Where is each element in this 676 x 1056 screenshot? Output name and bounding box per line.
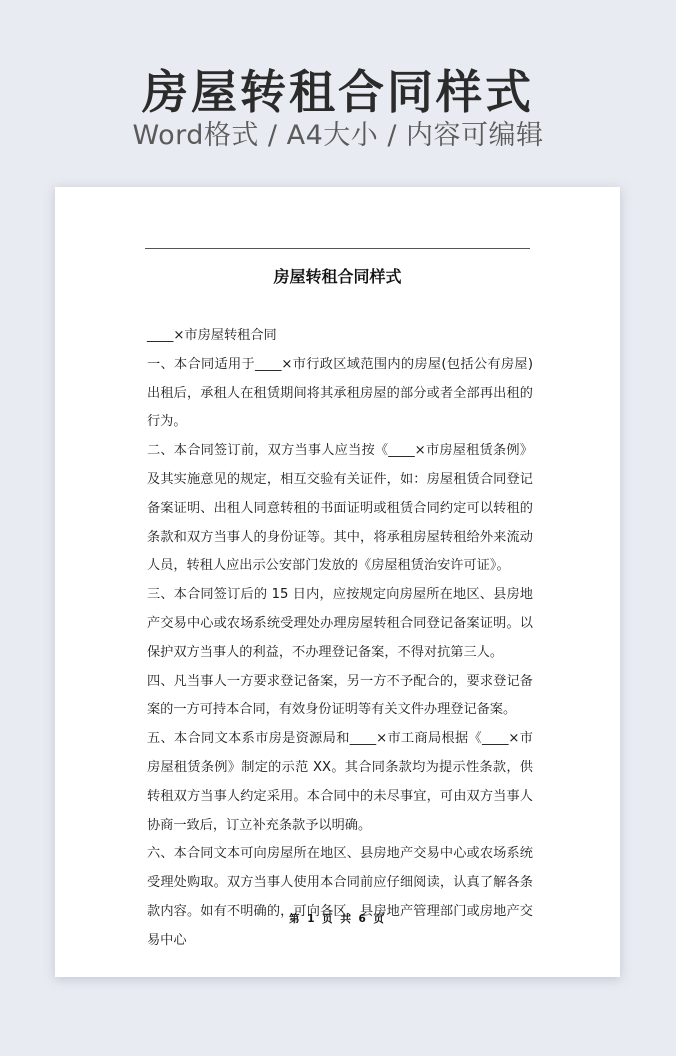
paragraph-clause-4: 四、凡当事人一方要求登记备案，另一方不予配合的，要求登记备案的一方可持本合同，有… xyxy=(147,668,533,726)
paragraph-clause-2: 二、本合同签订前，双方当事人应当按《____×市房屋租赁条例》及其实施意见的规定… xyxy=(147,437,533,581)
page-number-footer: 第 1 页 共 6 页 xyxy=(55,911,620,926)
document-body: ____×市房屋转租合同 一、本合同适用于____×市行政区域范围内的房屋(包括… xyxy=(147,322,533,956)
paragraph-clause-1: 一、本合同适用于____×市行政区域范围内的房屋(包括公有房屋)出租后，承租人在… xyxy=(147,351,533,437)
paragraph-clause-6: 六、本合同文本可向房屋所在地区、县房地产交易中心或农场系统受理处购取。双方当事人… xyxy=(147,840,533,955)
banner-subtitle: Word格式 / A4大小 / 内容可编辑 xyxy=(0,118,676,154)
banner-title: 房屋转租合同样式 xyxy=(0,62,676,122)
paragraph-clause-5: 五、本合同文本系市房是资源局和____×市工商局根据《____×市房屋租赁条例》… xyxy=(147,725,533,840)
paragraph-heading: ____×市房屋转租合同 xyxy=(147,322,533,351)
document-title: 房屋转租合同样式 xyxy=(55,265,620,289)
document-page: 房屋转租合同样式 ____×市房屋转租合同 一、本合同适用于____×市行政区域… xyxy=(55,187,620,977)
header-rule xyxy=(145,248,530,249)
paragraph-clause-3: 三、本合同签订后的 15 日内，应按规定向房屋所在地区、县房地产交易中心或农场系… xyxy=(147,581,533,667)
